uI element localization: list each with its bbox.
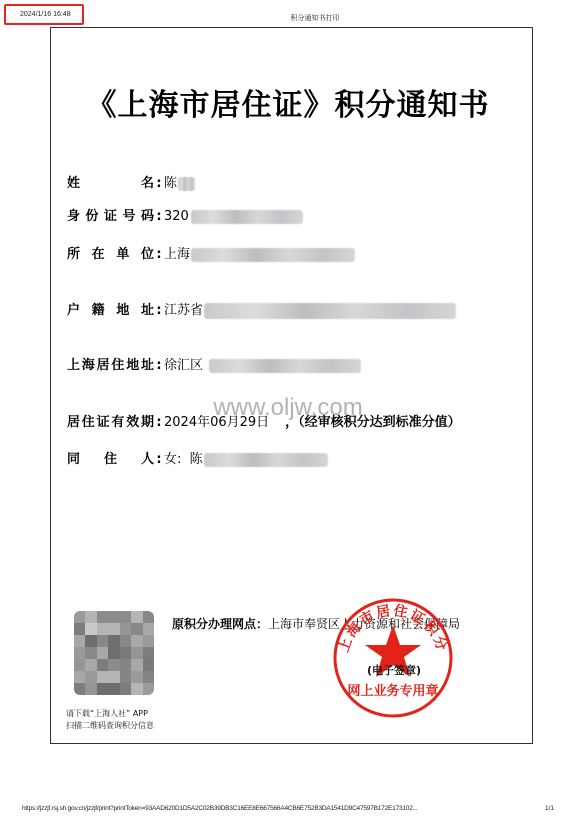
qr-cell bbox=[85, 635, 96, 647]
official-seal: 上海市居住证积分 网上业务专用章 bbox=[330, 595, 456, 721]
qr-cell bbox=[108, 647, 119, 659]
qr-caption-line: 扫描二维码查询积分信息 bbox=[66, 720, 154, 732]
qr-cell bbox=[97, 671, 108, 683]
page-indicator: 1/1 bbox=[545, 805, 554, 812]
redaction-blur bbox=[204, 453, 328, 467]
redaction-blur bbox=[191, 210, 303, 224]
field-colon: : bbox=[154, 208, 164, 226]
qr-cell bbox=[108, 683, 119, 695]
qr-cell bbox=[131, 659, 142, 671]
seal-note: (电子签章) bbox=[362, 662, 426, 678]
field-colon: : bbox=[154, 357, 164, 375]
qr-cell bbox=[143, 611, 154, 623]
qr-cell bbox=[108, 659, 119, 671]
qr-cell bbox=[85, 659, 96, 671]
qr-cell bbox=[108, 611, 119, 623]
field-household-address: 户籍地址 : 江苏省 bbox=[67, 302, 456, 320]
qr-cell bbox=[97, 647, 108, 659]
qr-cell bbox=[120, 611, 131, 623]
field-label: 上海居住地址 bbox=[67, 357, 154, 375]
qr-cell bbox=[120, 671, 131, 683]
field-shanghai-address: 上海居住地址 : 徐汇区 bbox=[67, 357, 361, 375]
qr-cell bbox=[85, 683, 96, 695]
field-label: 所在单位 bbox=[67, 246, 154, 264]
qr-cell bbox=[108, 635, 119, 647]
qr-cell bbox=[131, 671, 142, 683]
qr-cell bbox=[85, 623, 96, 635]
qr-cell bbox=[120, 683, 131, 695]
field-colon: : bbox=[154, 175, 164, 193]
field-id-number: 身份证号码 : 320 bbox=[67, 208, 303, 226]
field-colon: : bbox=[154, 246, 164, 264]
field-value: 陈 bbox=[164, 175, 177, 193]
redaction-blur bbox=[204, 303, 456, 319]
qr-cell bbox=[85, 611, 96, 623]
qr-cell bbox=[143, 647, 154, 659]
field-value: 女: 陈 bbox=[164, 451, 203, 469]
qr-cell bbox=[74, 647, 85, 659]
qr-cell bbox=[143, 671, 154, 683]
qr-cell bbox=[120, 659, 131, 671]
qr-cell bbox=[131, 683, 142, 695]
field-value: 320 bbox=[164, 208, 189, 226]
qr-code bbox=[74, 611, 154, 695]
qr-cell bbox=[97, 683, 108, 695]
field-cohabitant: 同住人 : 女: 陈 bbox=[67, 451, 328, 469]
qr-caption-line: 请下载“上海人社” APP bbox=[66, 708, 154, 720]
print-page-title: 积分通知书打印 bbox=[0, 13, 576, 23]
qr-cell bbox=[97, 611, 108, 623]
qr-cell bbox=[108, 671, 119, 683]
qr-cell bbox=[97, 635, 108, 647]
qr-cell bbox=[97, 623, 108, 635]
field-label: 姓名 bbox=[67, 175, 154, 193]
qr-cell bbox=[85, 671, 96, 683]
redaction-blur bbox=[209, 359, 361, 373]
qr-cell bbox=[74, 659, 85, 671]
seal-bottom-text: 网上业务专用章 bbox=[347, 683, 438, 699]
footer-url: https://jzzjf.rsj.sh.gov.cn/jzzjf/print?… bbox=[22, 805, 417, 812]
field-value: 江苏省 bbox=[164, 302, 203, 320]
qr-cell bbox=[74, 623, 85, 635]
qr-cell bbox=[131, 623, 142, 635]
field-label: 同住人 bbox=[67, 451, 154, 469]
qr-cell bbox=[108, 623, 119, 635]
qr-cell bbox=[143, 635, 154, 647]
field-name: 姓名 : 陈 bbox=[67, 175, 195, 193]
watermark: www.oljw.com bbox=[0, 394, 576, 422]
field-value: 上海 bbox=[164, 246, 190, 264]
qr-cell bbox=[97, 659, 108, 671]
field-employer: 所在单位 : 上海 bbox=[67, 246, 355, 264]
qr-caption: 请下载“上海人社” APP 扫描二维码查询积分信息 bbox=[66, 708, 154, 732]
qr-cell bbox=[120, 635, 131, 647]
qr-cell bbox=[131, 647, 142, 659]
field-colon: : bbox=[154, 451, 164, 469]
qr-cell bbox=[131, 611, 142, 623]
qr-cell bbox=[74, 635, 85, 647]
qr-cell bbox=[143, 659, 154, 671]
qr-cell bbox=[74, 671, 85, 683]
qr-cell bbox=[85, 647, 96, 659]
qr-cell bbox=[131, 635, 142, 647]
field-colon: : bbox=[154, 302, 164, 320]
office-label: 原积分办理网点： bbox=[172, 617, 268, 631]
qr-cell bbox=[143, 683, 154, 695]
field-value: 徐汇区 bbox=[164, 357, 203, 375]
qr-cell bbox=[120, 647, 131, 659]
field-label: 户籍地址 bbox=[67, 302, 154, 320]
qr-cell bbox=[143, 623, 154, 635]
document-title: 《上海市居住证》积分通知书 bbox=[0, 80, 576, 124]
qr-cell bbox=[74, 611, 85, 623]
qr-cell bbox=[74, 683, 85, 695]
field-label: 身份证号码 bbox=[67, 208, 154, 226]
qr-cell bbox=[120, 623, 131, 635]
redaction-blur bbox=[191, 248, 355, 262]
redaction-blur bbox=[178, 177, 195, 191]
